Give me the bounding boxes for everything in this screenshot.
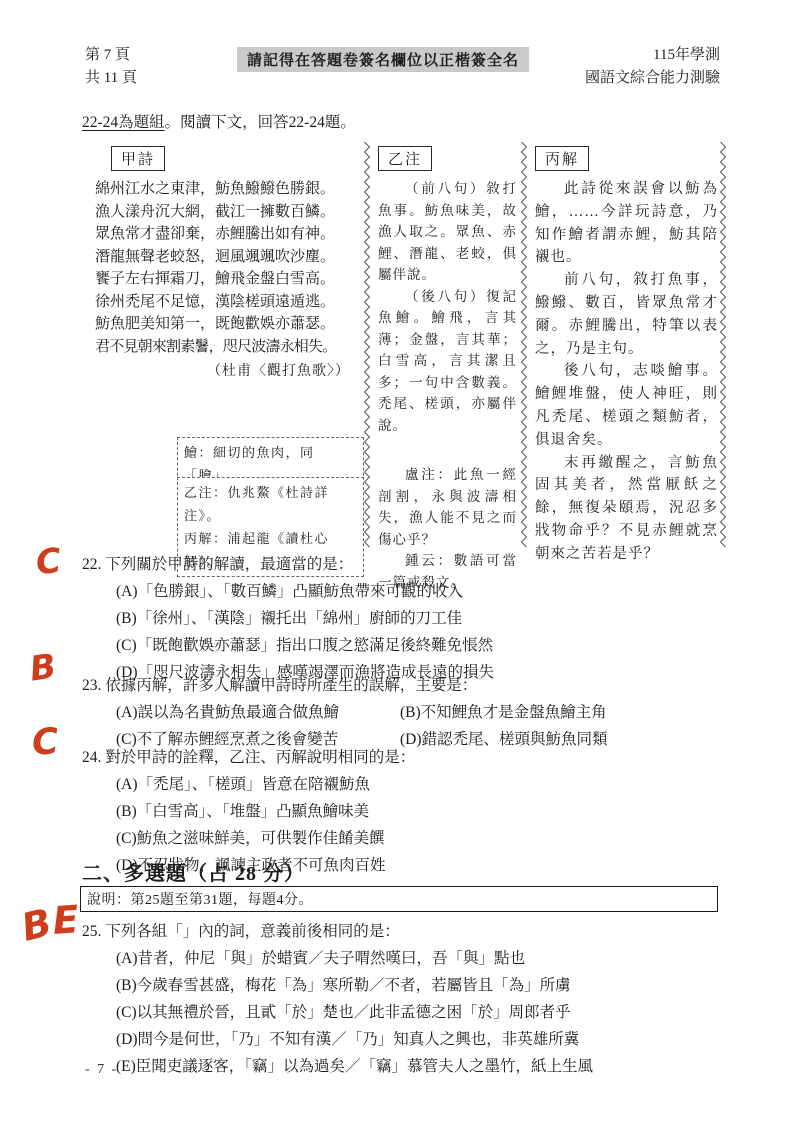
- handwritten-answer-23: B: [27, 646, 58, 689]
- option: (A)誤以為名貴魴魚最適合做魚鱠: [116, 699, 400, 726]
- exam-page: 第 7 頁 共 11 頁 請記得在答題卷簽名欄位以正楷簽全名 115年學測 國語…: [0, 0, 800, 1131]
- annotation-paragraph: （前八句）敘打魚事。魴魚味美，故漁人取之。眾魚、赤鯉、潛龍、老蛟，俱屬伴說。: [378, 178, 517, 286]
- handwritten-letter-b: B: [17, 900, 56, 950]
- commentary-column: 丙解 此詩從來誤會以魴為鱠，……今詳玩詩意，乃知作鱠者謂赤鯉，魴其陪襯也。 前八…: [535, 146, 718, 566]
- signature-notice: 請記得在答題卷簽名欄位以正楷簽全名: [237, 47, 529, 72]
- group-ref: 22-24為題組: [82, 114, 165, 131]
- section-title: 二、多選題（占 28 分）: [82, 857, 305, 886]
- question-options: (A)「色勝銀」、「數百鱗」凸顯魴魚帶來可觀的收入 (B)「徐州」、「漢陰」襯托…: [82, 578, 722, 686]
- question-stem: 24. 對於甲詩的詮釋，乙注、丙解說明相同的是：: [82, 744, 722, 771]
- footer-page-marker: - 7 -: [85, 1062, 118, 1078]
- total-pages-label: 共 11 頁: [85, 67, 137, 90]
- poem-line: 潛龍無聲老蛟怒，迴風颯颯吹沙塵。: [95, 246, 360, 269]
- poem-line: 綿州江水之東津，魴魚鱍鱍色勝銀。: [95, 178, 360, 201]
- section-instruction-box: 說明：第25題至第31題，每題4分。: [80, 886, 718, 912]
- option: (C)魴魚之滋味鮮美，可供製作佳餚美饌: [116, 825, 722, 852]
- annotation-label: 乙注: [378, 146, 432, 171]
- poem-line: 魴魚肥美知第一，既飽歡娛亦蕭瑟。: [95, 313, 360, 336]
- commentary-paragraph: 末再繳醒之，言魴魚固其美者，然當厭飫之餘，無復朵頤焉，況忍多戕物命乎？不見赤鯉就…: [535, 452, 718, 566]
- option: (B)不知鯉魚才是金盤魚鱠主角: [400, 699, 722, 726]
- question-group-intro: 22-24為題組。閱讀下文，回答22-24題。: [82, 110, 356, 132]
- option: (A)「禿尾」、「槎頭」皆意在陪襯魴魚: [116, 771, 722, 798]
- annotation-paragraph: （後八句）復記魚鱠。鱠飛，言其薄；金盤，言其華；白雪高，言其潔且多；一句中含數義…: [378, 286, 517, 437]
- option: (E)臣聞吏議逐客，「竊」以為過矣／「竊」慕管夫人之墨竹，紙上生風: [116, 1053, 722, 1080]
- question-options: (A)昔者，仲尼「與」於蜡賓／夫子喟然嘆曰，吾「與」點也 (B)今歲春雪甚盛，梅…: [82, 945, 722, 1080]
- zigzag-divider: [719, 142, 727, 550]
- poem-column: 甲詩 綿州江水之東津，魴魚鱍鱍色勝銀。 漁人漾舟沉大網，截江一擁數百鱗。 眾魚常…: [95, 146, 360, 380]
- poem-line: 饔子左右揮霜刀，鱠飛金盤白雪高。: [95, 268, 360, 291]
- header-exam-info: 115年學測 國語文綜合能力測驗: [585, 44, 720, 90]
- source-note-line: 乙注：仇兆鰲《杜詩詳注》。: [184, 481, 357, 527]
- option: (B)「白雪高」、「堆盤」凸顯魚鱠味美: [116, 798, 722, 825]
- option: (B)今歲春雪甚盛，梅花「為」寒所勒／不者，若屬皆且「為」所虜: [116, 972, 722, 999]
- commentary-paragraph: 前八句，敘打魚事，鱍鱍、數百，皆眾魚常才爾。赤鯉騰出，特筆以表之，乃是主句。: [535, 269, 718, 360]
- zigzag-divider: [520, 142, 528, 550]
- question-25: 25. 下列各組「」內的詞，意義前後相同的是： (A)昔者，仲尼「與」於蜡賓／夫…: [82, 918, 722, 1080]
- poem-attribution: （杜甫〈觀打魚歌〉）: [95, 360, 360, 380]
- page-number-label: 第 7 頁: [85, 44, 137, 67]
- annotation-paragraph: 盧注：此魚一經剖割，永與波濤相失，漁人能不見之而傷心乎？: [378, 464, 517, 550]
- handwritten-letter-e: E: [51, 897, 80, 943]
- group-intro-rest: 。閱讀下文，回答22-24題。: [165, 114, 356, 131]
- handwritten-answer-24: C: [31, 721, 60, 764]
- poem-line: 君不見朝來割素鬐，咫尺波濤永相失。: [95, 336, 360, 359]
- question-stem: 25. 下列各組「」內的詞，意義前後相同的是：: [82, 918, 722, 945]
- option: (C)以其無禮於晉，且貳「於」楚也／此非孟德之困「於」周郎者乎: [116, 999, 722, 1026]
- question-stem: 22. 下列關於甲詩的解讀，最適當的是：: [82, 551, 722, 578]
- annotation-column: 乙注 （前八句）敘打魚事。魴魚味美，故漁人取之。眾魚、赤鯉、潛龍、老蛟，俱屬伴說…: [378, 146, 517, 593]
- exam-year-label: 115年學測: [585, 44, 720, 67]
- poem-line: 眾魚常才盡卻棄，赤鯉騰出如有神。: [95, 223, 360, 246]
- exam-title-label: 國語文綜合能力測驗: [585, 67, 720, 90]
- poem-label: 甲詩: [111, 146, 165, 171]
- handwritten-answer-22: C: [34, 541, 63, 583]
- commentary-paragraph: 此詩從來誤會以魴為鱠，……今詳玩詩意，乃知作鱠者謂赤鯉，魴其陪襯也。: [535, 178, 718, 269]
- header-page-numbers: 第 7 頁 共 11 頁: [85, 44, 137, 90]
- poem-line: 漁人漾舟沉大網，截江一擁數百鱗。: [95, 201, 360, 224]
- zigzag-divider: [363, 142, 371, 550]
- question-23: 23. 依據丙解，許多人解讀甲詩時所產生的誤解，主要是： (A)誤以為名貴魴魚最…: [82, 672, 722, 753]
- poem-line: 徐州禿尾不足憶，漢陰槎頭遠遁逃。: [95, 291, 360, 314]
- option: (A)昔者，仲尼「與」於蜡賓／夫子喟然嘆曰，吾「與」點也: [116, 945, 722, 972]
- commentary-paragraph: 後八句，志啖鱠事。鱠鯉堆盤，使人神旺，則凡禿尾、槎頭之類魴者，俱退舍矣。: [535, 360, 718, 451]
- question-stem: 23. 依據丙解，許多人解讀甲詩時所產生的誤解，主要是：: [82, 672, 722, 699]
- option: (D)問今是何世，「乃」不知有漢／「乃」知真人之興也，非英雄所冀: [116, 1026, 722, 1053]
- commentary-label: 丙解: [535, 146, 589, 171]
- option: (A)「色勝銀」、「數百鱗」凸顯魴魚帶來可觀的收入: [116, 578, 722, 605]
- handwritten-answer-25: BE: [22, 903, 79, 947]
- option: (C)「既飽歡娛亦蕭瑟」指出口腹之慾滿足後終難免悵然: [116, 632, 722, 659]
- question-22: 22. 下列關於甲詩的解讀，最適當的是： (A)「色勝銀」、「數百鱗」凸顯魴魚帶…: [82, 551, 722, 686]
- option: (B)「徐州」、「漢陰」襯托出「綿州」廚師的刀工佳: [116, 605, 722, 632]
